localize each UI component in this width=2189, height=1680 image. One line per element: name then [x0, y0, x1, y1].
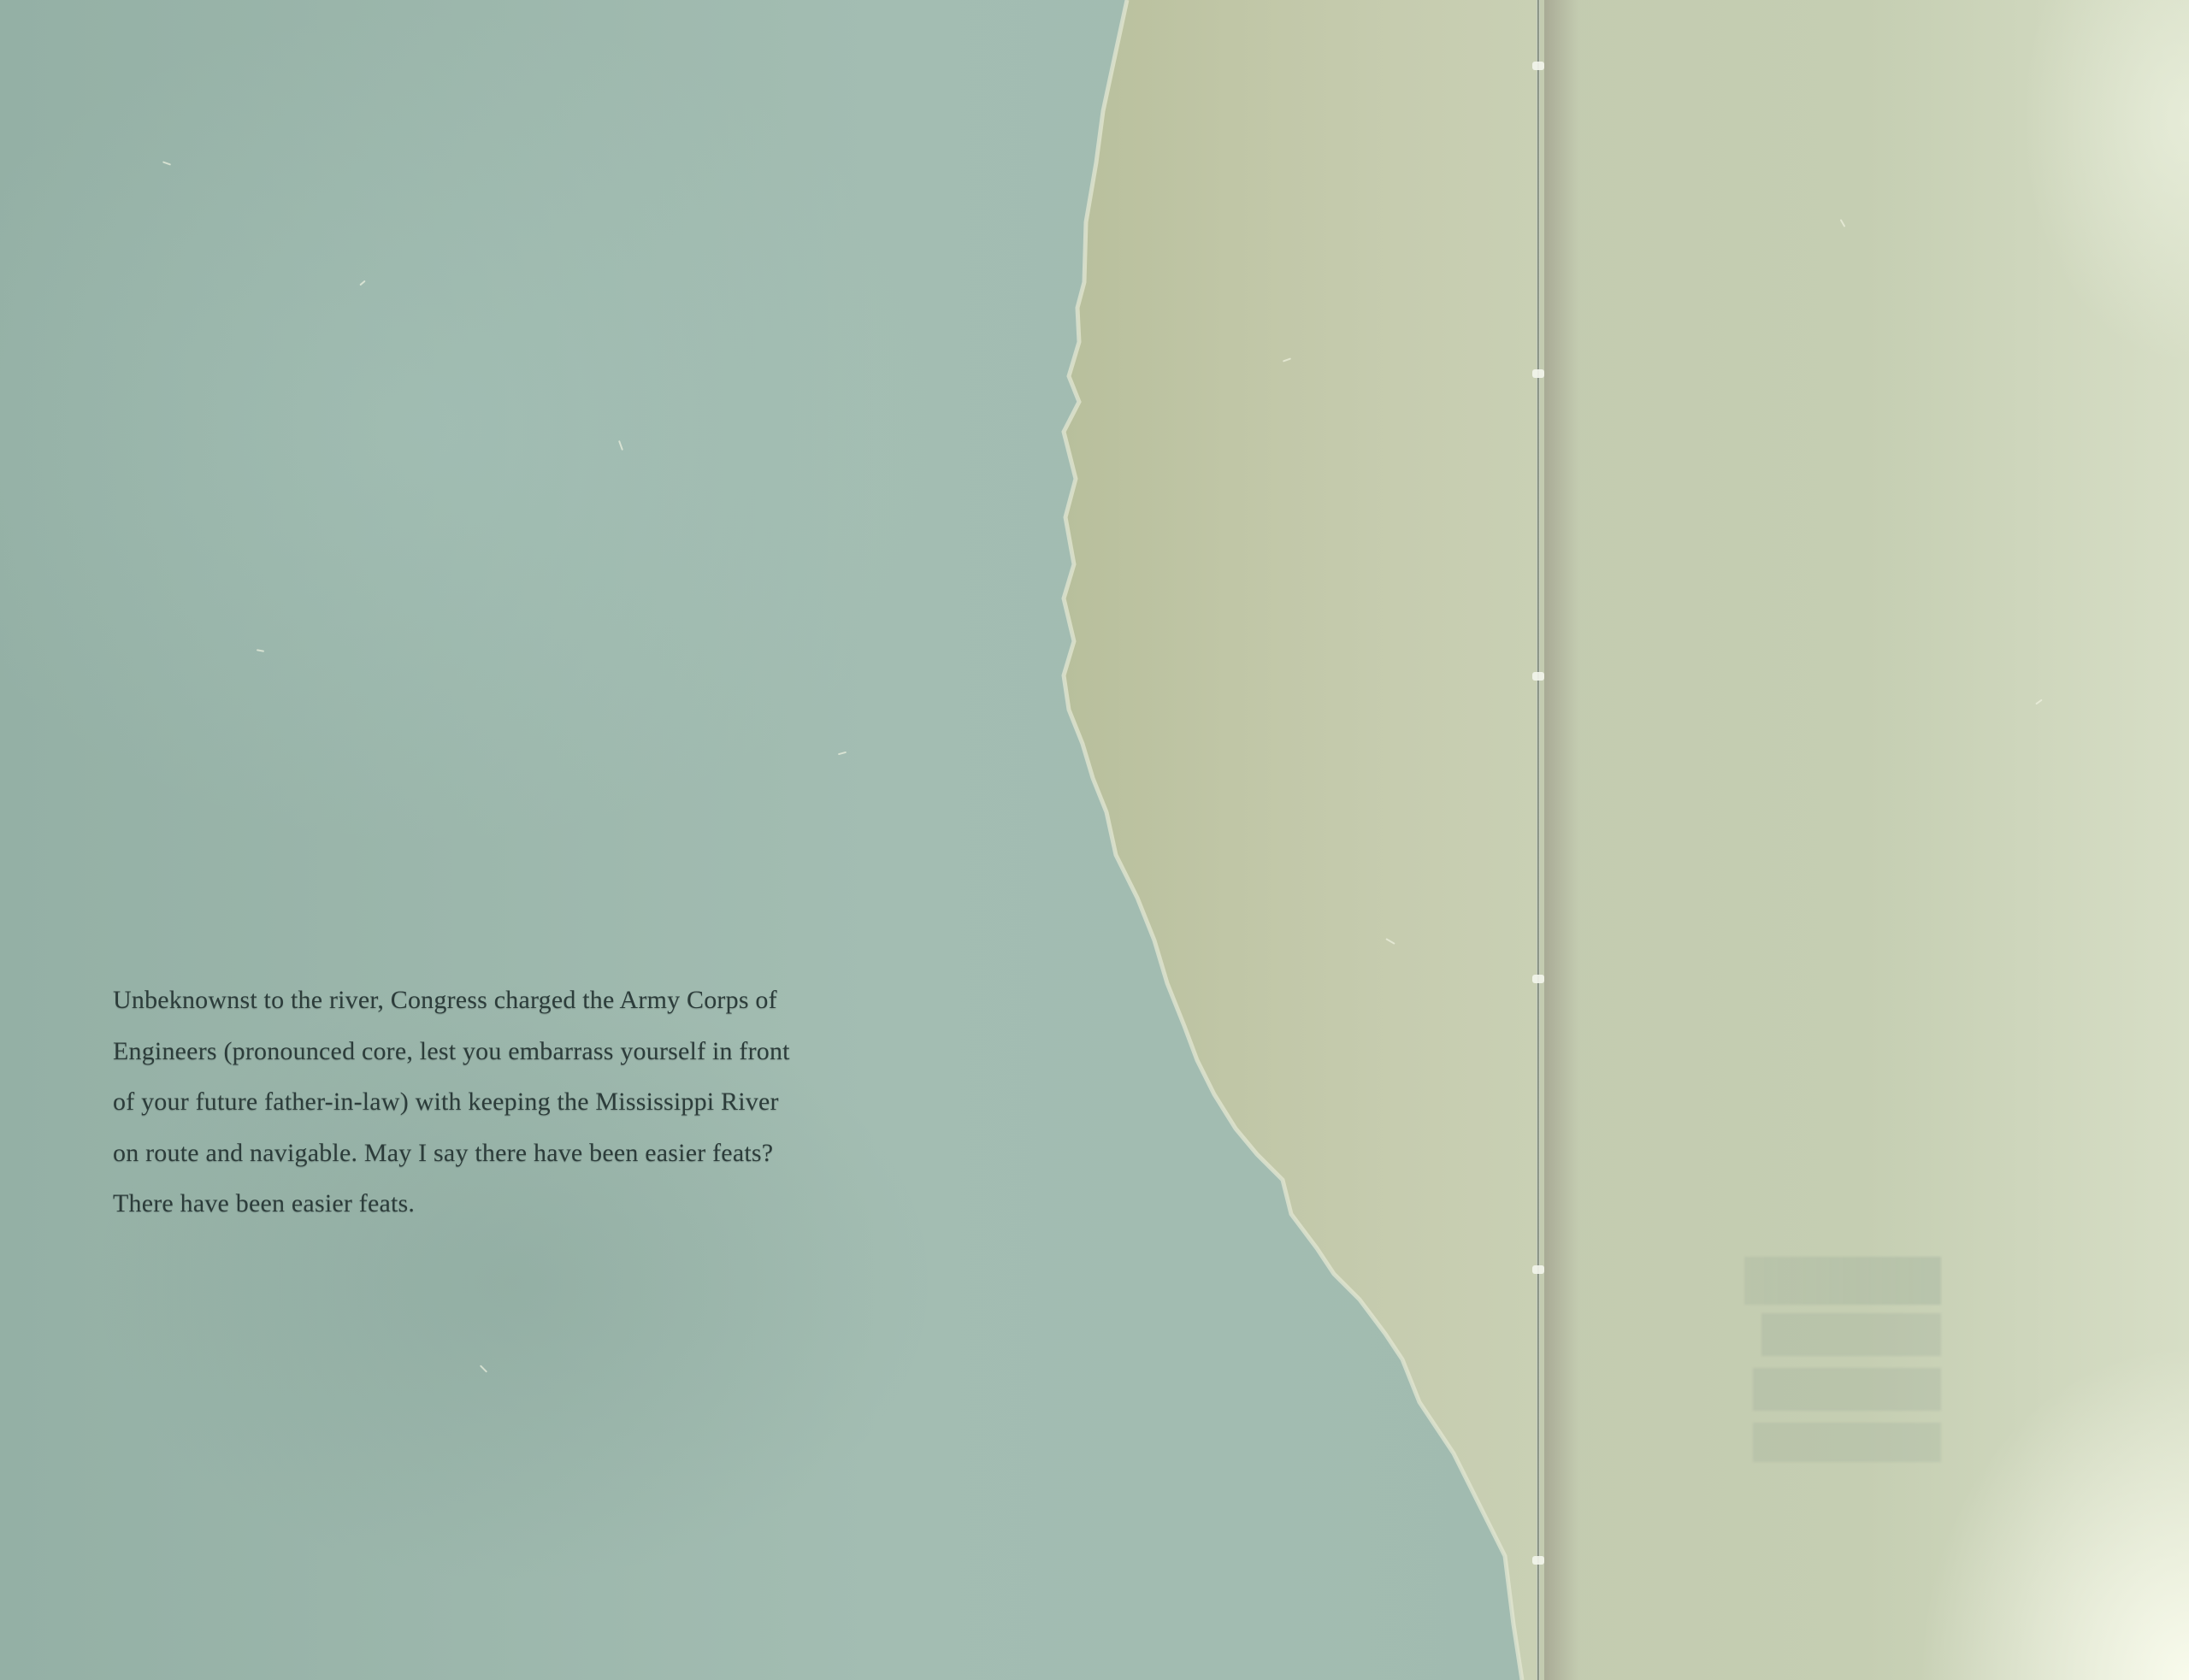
bleed-through-line — [1753, 1368, 1941, 1411]
binding-stitch — [1532, 369, 1544, 378]
spine-shadow — [1544, 0, 1578, 1680]
binding-stitch — [1532, 672, 1544, 681]
bleed-through-line — [1744, 1257, 1941, 1305]
paragraph-line: There have been easier feats. — [113, 1178, 968, 1229]
paragraph-line: Engineers (pronounced core, lest you emb… — [113, 1026, 968, 1077]
bleed-through-text — [1727, 1257, 1941, 1462]
bleed-through-line — [1753, 1423, 1941, 1462]
paragraph-line: of your future father-in-law) with keepi… — [113, 1076, 968, 1128]
spine-binding-line — [1537, 0, 1540, 1680]
binding-stitch — [1532, 1265, 1544, 1274]
body-paragraph: Unbeknownst to the river, Congress charg… — [113, 975, 968, 1229]
bleed-through-line — [1761, 1313, 1941, 1356]
book-spread: Unbeknownst to the river, Congress charg… — [0, 0, 2189, 1680]
light-glare-top — [1761, 0, 2189, 598]
binding-stitch — [1532, 1556, 1544, 1565]
binding-stitch — [1532, 62, 1544, 70]
binding-stitch — [1532, 975, 1544, 983]
paragraph-line: on route and navigable. May I say there … — [113, 1128, 968, 1179]
paragraph-line: Unbeknownst to the river, Congress charg… — [113, 975, 968, 1026]
